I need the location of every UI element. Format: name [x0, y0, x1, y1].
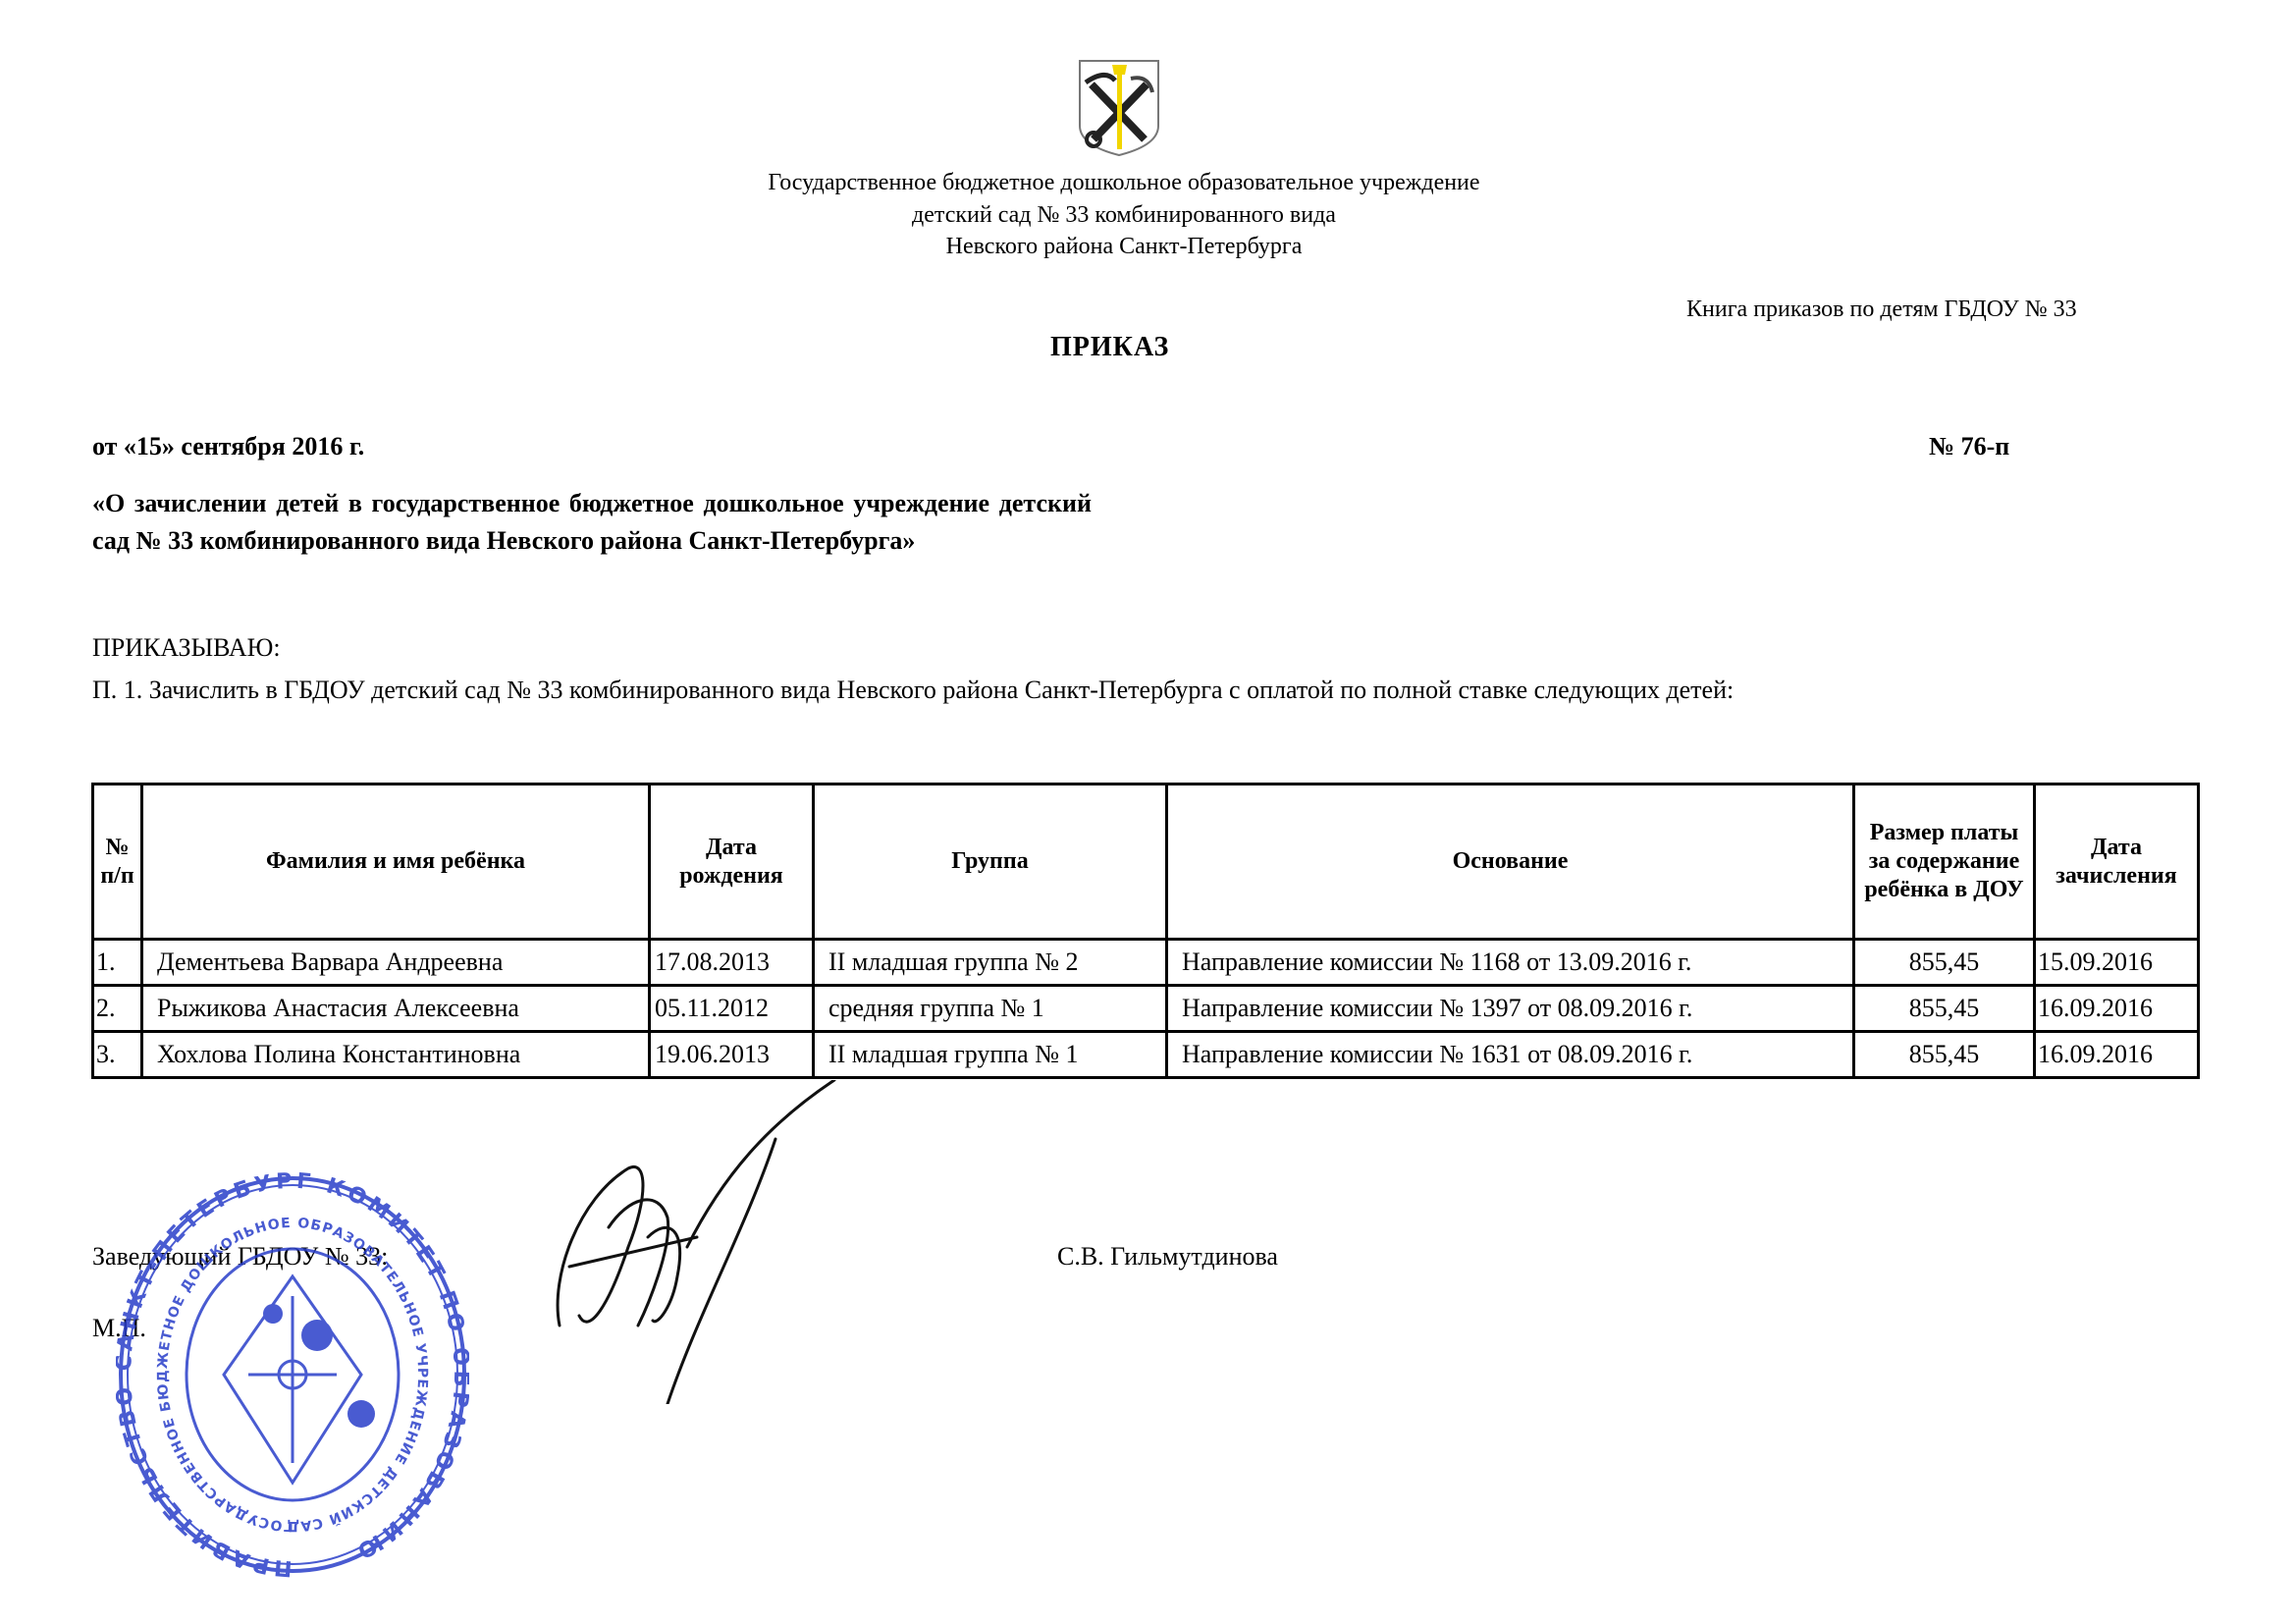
- cell-child-name: Рыжикова Анастасия Алексеевна: [142, 986, 650, 1032]
- head-name: С.В. Гильмутдинова: [1057, 1242, 1278, 1272]
- table-row: 1. Дементьева Варвара Андреевна 17.08.20…: [93, 940, 2199, 986]
- cell-child-name: Дементьева Варвара Андреевна: [142, 940, 650, 986]
- column-header-child-name: Фамилия и имя ребёнка: [142, 785, 650, 940]
- cell-fee: 855,45: [1854, 940, 2035, 986]
- organization-line-3: Невского района Санкт-Петербурга: [0, 231, 2248, 263]
- column-header-enrollment-date: Дата зачисления: [2035, 785, 2199, 940]
- official-stamp-icon: ПРАВИТЕЛЬСТВО САНКТ-ПЕТЕРБУРГ КОМИТЕТ ПО…: [116, 1168, 469, 1581]
- column-header-basis: Основание: [1167, 785, 1854, 940]
- coat-of-arms-icon: [1076, 57, 1162, 159]
- column-header-birth-date: Дата рождения: [650, 785, 814, 940]
- cell-fee: 855,45: [1854, 986, 2035, 1032]
- cell-basis: Направление комиссии № 1168 от 13.09.201…: [1167, 940, 1854, 986]
- book-reference: Книга приказов по детям ГБДОУ № 33: [1686, 297, 2077, 323]
- order-paragraph: П. 1. Зачислить в ГБДОУ детский сад № 33…: [92, 672, 2154, 709]
- cell-group: II младшая группа № 1: [814, 1032, 1167, 1078]
- column-header-fee: Размер платы за содержание ребёнка в ДОУ: [1854, 785, 2035, 940]
- order-date: от «15» сентября 2016 г.: [92, 432, 364, 461]
- cell-number: 3.: [93, 1032, 142, 1078]
- order-directive: ПРИКАЗЫВАЮ:: [92, 633, 281, 663]
- table-header-row: № п/п Фамилия и имя ребёнка Дата рождени…: [93, 785, 2199, 940]
- cell-group: II младшая группа № 2: [814, 940, 1167, 986]
- enrolled-children-table: № п/п Фамилия и имя ребёнка Дата рождени…: [91, 783, 2200, 1079]
- column-header-number: № п/п: [93, 785, 142, 940]
- cell-number: 1.: [93, 940, 142, 986]
- cell-birth-date: 05.11.2012: [650, 986, 814, 1032]
- signature-icon: [550, 1080, 883, 1404]
- cell-fee: 855,45: [1854, 1032, 2035, 1078]
- order-number: № 76-п: [1929, 432, 2009, 461]
- organization-line-2: детский сад № 33 комбинированного вида: [0, 199, 2248, 232]
- cell-group: средняя группа № 1: [814, 986, 1167, 1032]
- order-subject: «О зачислении детей в государственное бю…: [92, 485, 1092, 560]
- cell-birth-date: 19.06.2013: [650, 1032, 814, 1078]
- cell-child-name: Хохлова Полина Константиновна: [142, 1032, 650, 1078]
- column-header-group: Группа: [814, 785, 1167, 940]
- cell-enrollment-date: 15.09.2016: [2035, 940, 2199, 986]
- cell-basis: Направление комиссии № 1397 от 08.09.201…: [1167, 986, 1854, 1032]
- organization-line-1: Государственное бюджетное дошкольное обр…: [0, 167, 2248, 199]
- cell-birth-date: 17.08.2013: [650, 940, 814, 986]
- cell-enrollment-date: 16.09.2016: [2035, 1032, 2199, 1078]
- cell-number: 2.: [93, 986, 142, 1032]
- document-title: ПРИКАЗ: [1050, 332, 1169, 363]
- cell-enrollment-date: 16.09.2016: [2035, 986, 2199, 1032]
- cell-basis: Направление комиссии № 1631 от 08.09.201…: [1167, 1032, 1854, 1078]
- table-row: 2. Рыжикова Анастасия Алексеевна 05.11.2…: [93, 986, 2199, 1032]
- table-row: 3. Хохлова Полина Константиновна 19.06.2…: [93, 1032, 2199, 1078]
